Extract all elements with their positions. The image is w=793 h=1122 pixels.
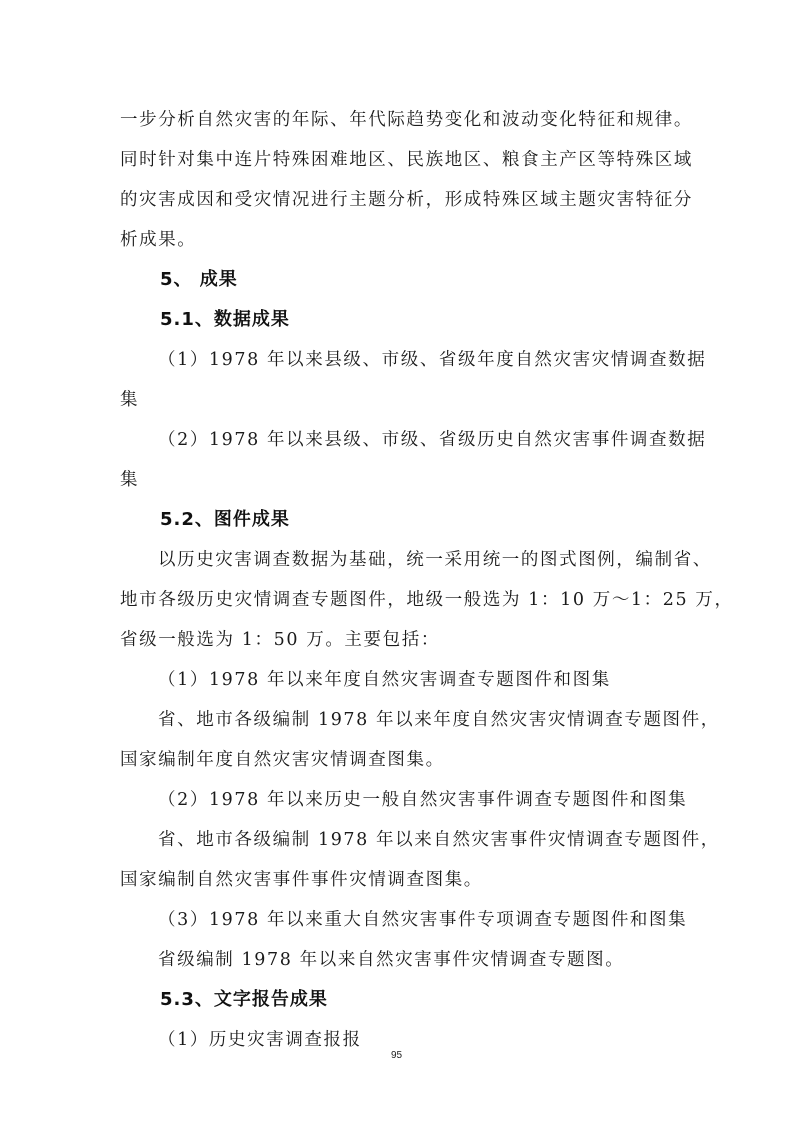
list-item-title: （1）1978 年以来年度自然灾害调查专题图件和图集 — [158, 669, 675, 691]
list-item: （1）历史灾害调查报报 — [158, 1029, 675, 1051]
body-text-line: 省级一般选为 1：50 万。主要包括： — [120, 629, 675, 651]
body-text-line: 的灾害成因和受灾情况进行主题分析，形成特殊区域主题灾害特征分 — [120, 189, 675, 211]
document-page: 一步分析自然灾害的年际、年代际趋势变化和波动变化特征和规律。 同时针对集中连片特… — [0, 0, 793, 1122]
list-item: （2）1978 年以来县级、市级、省级历史自然灾害事件调查数据 — [158, 429, 675, 451]
section-heading-5: 5、 成果 — [160, 269, 238, 291]
list-item-title: （2）1978 年以来历史一般自然灾害事件调查专题图件和图集 — [158, 789, 675, 811]
list-item-continuation: 集 — [120, 389, 675, 411]
body-text-line: 省、地市各级编制 1978 年以来自然灾害事件灾情调查专题图件， — [158, 829, 675, 851]
body-text-line: 国家编制年度自然灾害灾情调查图集。 — [120, 749, 675, 771]
section-heading-5-2: 5.2、图件成果 — [160, 509, 290, 531]
section-heading-5-3: 5.3、文字报告成果 — [160, 989, 328, 1011]
section-heading-5-1: 5.1、数据成果 — [160, 309, 290, 331]
page-number: 95 — [0, 1050, 793, 1061]
body-text-line: 省级编制 1978 年以来自然灾害事件灾情调查专题图。 — [158, 949, 675, 971]
body-text-line: 同时针对集中连片特殊困难地区、民族地区、粮食主产区等特殊区域 — [120, 149, 675, 171]
body-text-line: 省、地市各级编制 1978 年以来年度自然灾害灾情调查专题图件， — [158, 709, 675, 731]
body-text-line: 地市各级历史灾情调查专题图件，地级一般选为 1：10 万～1：25 万， — [120, 589, 675, 611]
body-text-line: 国家编制自然灾害事件事件灾情调查图集。 — [120, 869, 675, 891]
body-text-line: 以历史灾害调查数据为基础，统一采用统一的图式图例，编制省、 — [158, 549, 675, 571]
list-item-title: （3）1978 年以来重大自然灾害事件专项调查专题图件和图集 — [158, 909, 675, 931]
list-item-continuation: 集 — [120, 469, 675, 491]
body-text-line: 一步分析自然灾害的年际、年代际趋势变化和波动变化特征和规律。 — [120, 109, 675, 131]
body-text-line: 析成果。 — [120, 229, 675, 251]
list-item: （1）1978 年以来县级、市级、省级年度自然灾害灾情调查数据 — [158, 349, 675, 371]
